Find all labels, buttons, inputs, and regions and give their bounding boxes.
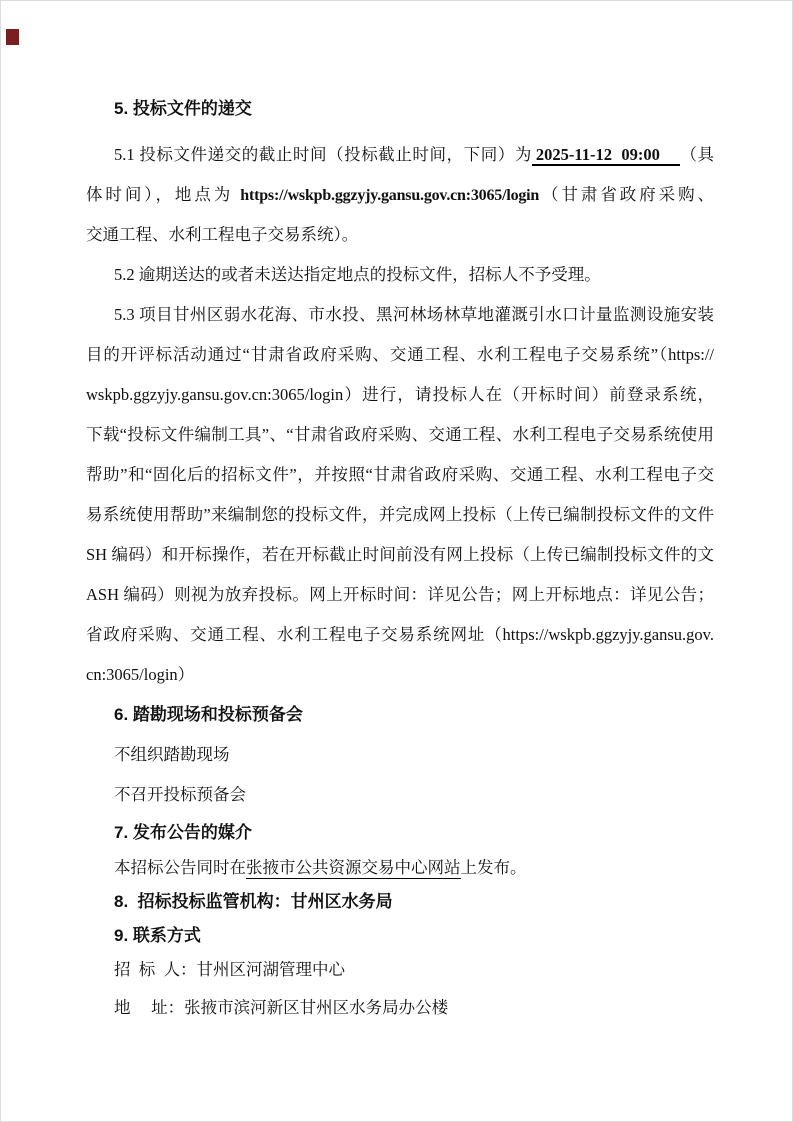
paragraph-5-3-line-4: 下载“投标文件编制工具”、“甘肃省政府采购、交通工程、水利工程电子交易系统使用 [86,415,714,455]
tenderer-address-line: 地 址：张掖市滨河新区甘州区水务局办公楼 [86,987,714,1029]
paragraph-5-2: 5.2 逾期送达的或者未送达指定地点的投标文件，招标人不予受理。 [86,255,714,295]
paragraph-5-1-line-1: 5.1 投标文件递交的截止时间（投标截止时间，下同）为2025-11-12 09… [86,135,714,175]
paragraph-5-3-line-5: 帮助”和“固化后的招标文件”，并按照“甘肃省政府采购、交通工程、水利工程电子交 [86,455,714,495]
paragraph-5-1-line-2: 体时间），地点为 https://wskpb.ggzyjy.gansu.gov.… [86,175,714,215]
paragraph-5-3-line-6: 易系统使用帮助”来编制您的投标文件，并完成网上投标（上传已编制投标文件的文件 H… [86,495,714,535]
paragraph-5-3-line-7: SH 编码）和开标操作，若在开标截止时间前没有网上投标（上传已编制投标文件的文件… [86,535,714,575]
document-page: 5. 投标文件的递交 5.1 投标文件递交的截止时间（投标截止时间，下同）为20… [0,0,793,1122]
paragraph-5-1-line-3: 交通工程、水利工程电子交易系统）。 [86,215,714,255]
section-heading-5: 5. 投标文件的递交 [86,89,714,129]
paragraph-5-3-line-3: wskpb.ggzyjy.gansu.gov.cn:3065/login）进行，… [86,375,714,415]
p51-text-before-url: 体时间），地点为 [86,185,240,204]
page-corner-marker-icon [6,29,19,45]
section-heading-9: 9. 联系方式 [86,919,714,953]
section-heading-8-supervision-authority: 8. 招标投标监管机构：甘州区水务局 [86,885,714,919]
p51-text-after-url: （甘肃省政府采购、 [539,185,714,204]
bid-deadline-underline: 2025-11-12 09:00 [532,145,680,166]
p51-text-before-date: 5.1 投标文件递交的截止时间（投标截止时间，下同）为 [114,145,532,164]
paragraph-5-3-line-10: cn:3065/login） [86,655,714,695]
no-site-survey-text: 不组织踏勘现场 [86,735,714,775]
submission-url: https://wskpb.ggzyjy.gansu.gov.cn:3065/l… [240,187,539,204]
paragraph-5-3-line-8: ASH 编码）则视为放弃投标。网上开标时间：详见公告；网上开标地点：详见公告；甘… [86,575,714,615]
section-heading-7: 7. 发布公告的媒介 [86,815,714,851]
document-body: 5. 投标文件的递交 5.1 投标文件递交的截止时间（投标截止时间，下同）为20… [86,1,714,1029]
p7-text-after-link: 上发布。 [461,858,527,877]
p7-text-before-link: 本招标公告同时在 [114,858,246,877]
p51-text-after-date: （具 [680,145,714,164]
paragraph-5-3-line-2: 目的开评标活动通过“甘肃省政府采购、交通工程、水利工程电子交易系统”（https… [86,335,714,375]
bid-deadline-datetime: 2025-11-12 09:00 [536,145,660,164]
tenderer-name-line: 招 标 人：甘州区河湖管理中心 [86,953,714,987]
announcement-media-line: 本招标公告同时在张掖市公共资源交易中心网站上发布。 [86,851,714,885]
paragraph-5-3-line-9: 省政府采购、交通工程、水利工程电子交易系统网址（https://wskpb.gg… [86,615,714,655]
paragraph-5-3-line-1: 5.3 项目甘州区弱水花海、市水投、黑河林场林草地灌溉引水口计量监测设施安装项 [86,295,714,335]
zhangye-trade-center-site-name: 张掖市公共资源交易中心网站 [246,858,461,879]
section-heading-6: 6. 踏勘现场和投标预备会 [86,695,714,735]
no-pre-bid-meeting-text: 不召开投标预备会 [86,775,714,815]
